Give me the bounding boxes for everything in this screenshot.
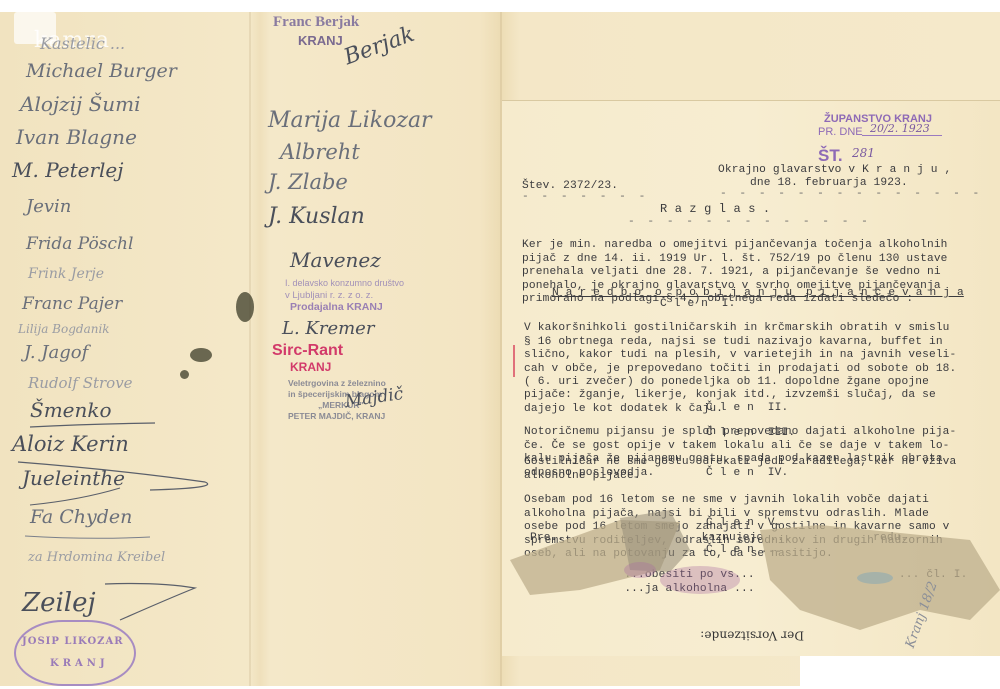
pen-strokes (0, 0, 260, 689)
stamp-franc-berjak-city: KRANJ (298, 33, 343, 48)
stamp-delavsko-line3: Prodajalna KRANJ (290, 301, 383, 313)
stamp-delavsko-line1: I. delavsko konzumno društvo (285, 278, 404, 288)
text-line: § 16 obrtnega reda, najsi se tudi naziva… (524, 336, 943, 348)
article-heading: Č l e n III. (706, 427, 795, 440)
divider: - - - - - - - (522, 191, 648, 204)
ink-stain (236, 292, 254, 322)
text-line: alkoholne pijače. (524, 470, 641, 482)
notice-title: R a z g l a s . (660, 203, 770, 216)
issuing-office: Okrajno glavarstvo v K r a n j u , (718, 164, 951, 177)
stamp-franc-berjak: Franc Berjak (273, 14, 359, 31)
stamp-josip-likozar: JOSIP LIKOZAR KRANJ (14, 620, 136, 686)
text-line: cah v obče, je prepovedano točiti in pro… (524, 363, 956, 375)
stamp-label: ŠT. (818, 146, 843, 166)
text-line: V kakoršnihkoli gostilničarskih in krčma… (524, 322, 950, 334)
signature: Mavenez (290, 248, 381, 272)
stamp-date: 20/2. 1923 (870, 122, 930, 135)
signature: Marija Likozar (268, 108, 432, 133)
stamp-line: KRANJ (50, 658, 109, 669)
ink-stain (190, 348, 212, 362)
upside-down-signature-label: Der Vorsitzende: (700, 628, 804, 641)
stamp-sirc-rant-city: KRANJ (290, 360, 331, 374)
article-body: V kakoršnihkoli gostilničarskih in krčma… (524, 309, 956, 416)
stamp-delavsko-line2: v Ljubljani r. z. z o. z. (285, 290, 373, 301)
ink-stain (180, 370, 189, 379)
red-margin-mark (513, 345, 515, 377)
signature: L. Kremer (282, 318, 374, 339)
divider: - - - - - - - - - - - - - - (720, 188, 982, 201)
stamp-label: PR. DNE (818, 126, 863, 138)
decree-title: N a r e d b o o p o b i j a n j u p i j … (552, 287, 964, 300)
signature: Albreht (280, 140, 360, 164)
stamp-line: Veletrgovina z železnino (288, 378, 386, 388)
background-gap (800, 655, 1000, 689)
text-line: slično, kakor tudi na plesih, v varietej… (524, 349, 956, 361)
signature: J. Kuslan (268, 204, 365, 229)
stamp-line-rule (862, 135, 942, 136)
article-heading: Č l e n IV. (706, 467, 788, 480)
signature: J. Zlabe (268, 170, 348, 194)
text-line: prenehala veljati dne 28. 7. 1921, a pij… (522, 266, 941, 278)
stamp-sirc-rant: Sirc-Rant (272, 342, 343, 360)
stamp-line: JOSIP LIKOZAR (22, 636, 124, 647)
text-line: pijač z dne 14. ii. 1919 Ur. l. št. 752/… (522, 253, 948, 265)
stamp-line: PETER MAJDIČ, KRANJ (288, 411, 385, 421)
text-line: ( 6. uri zvečer) do ponedeljka ob 11. do… (524, 376, 929, 388)
text-line: Ker je min. naredba o omejitvi pijančeva… (522, 239, 948, 251)
text-line: pijače: žganje, likerje, konjak itd., iz… (524, 389, 936, 401)
stamp-number: 281 (852, 146, 875, 160)
